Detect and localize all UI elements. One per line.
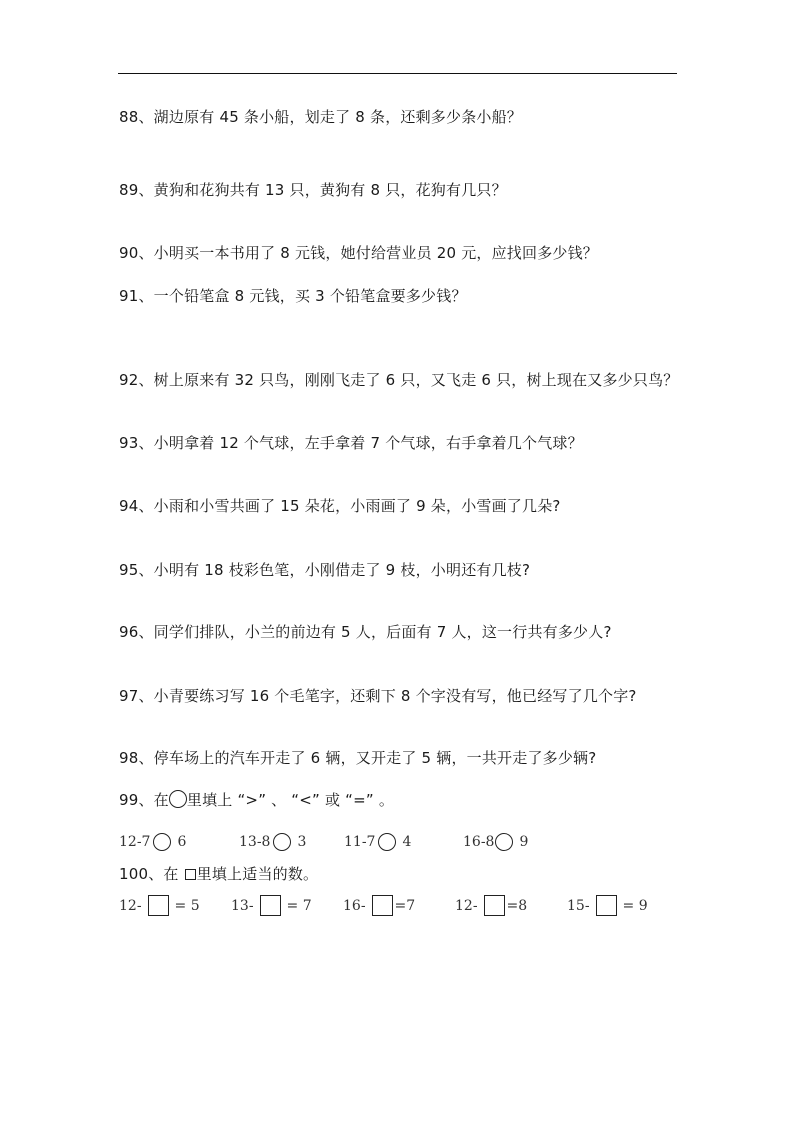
question-93: 93、小明拿着 12 个气球，左手拿着 7 个气球，右手拿着几个气球？ [119, 433, 583, 453]
compare-left: 16-8 [463, 832, 494, 852]
fill-item: 12- = 5 [119, 895, 200, 916]
fill-right: = 9 [623, 896, 648, 916]
compare-left: 11-7 [344, 832, 375, 852]
fill-item: 16- =7 [343, 895, 415, 916]
answer-box[interactable] [260, 895, 281, 916]
fill-right: =8 [507, 896, 528, 916]
question-88: 88、湖边原有 45 条小船，划走了 8 条，还剩多少条小船？ [119, 107, 522, 127]
fill-left: 13- [231, 896, 254, 916]
header-rule [118, 73, 677, 74]
compare-right: 3 [297, 832, 306, 852]
fill-left: 12- [119, 896, 142, 916]
answer-box[interactable] [148, 895, 169, 916]
compare-item: 16-8 9 [463, 832, 528, 852]
compare-item: 13-8 3 [239, 832, 306, 852]
compare-left: 12-7 [119, 832, 150, 852]
question-99-prefix: 99、在 [119, 791, 169, 809]
fill-right: = 5 [175, 896, 200, 916]
fill-left: 16- [343, 896, 366, 916]
compare-item: 11-7 4 [344, 832, 411, 852]
answer-circle[interactable] [495, 833, 513, 851]
question-92: 92、树上原来有 32 只鸟，刚刚飞走了 6 只，又飞走 6 只，树上现在又多少… [119, 370, 678, 390]
answer-circle[interactable] [273, 833, 291, 851]
question-91: 91、一个铅笔盒 8 元钱，买 3 个铅笔盒要多少钱？ [119, 286, 467, 306]
question-100-heading: 100、在里填上适当的数。 [119, 864, 318, 884]
fill-right: = 7 [287, 896, 312, 916]
compare-item: 12-7 6 [119, 832, 186, 852]
compare-left: 13-8 [239, 832, 270, 852]
fill-right: =7 [395, 896, 416, 916]
answer-circle[interactable] [153, 833, 171, 851]
square-icon [185, 869, 196, 880]
question-98: 98、停车场上的汽车开走了 6 辆，又开走了 5 辆，一共开走了多少辆? [119, 748, 596, 768]
fill-item: 13- = 7 [231, 895, 312, 916]
fill-item: 12- =8 [455, 895, 527, 916]
answer-circle[interactable] [378, 833, 396, 851]
compare-right: 4 [402, 832, 411, 852]
question-99-items: 12-7 6 13-8 3 11-7 4 16-8 9 [119, 832, 679, 854]
question-100-items: 12- = 5 13- = 7 16- =7 12- =8 15- = 9 [119, 895, 679, 919]
question-99-suffix: 里填上 “>” 、 “<” 或 “=” 。 [187, 791, 394, 809]
question-94: 94、小雨和小雪共画了 15 朵花，小雨画了 9 朵，小雪画了几朵? [119, 496, 561, 516]
answer-box[interactable] [596, 895, 617, 916]
question-99-heading: 99、在里填上 “>” 、 “<” 或 “=” 。 [119, 790, 394, 810]
answer-box[interactable] [372, 895, 393, 916]
question-97: 97、小青要练习写 16 个毛笔字，还剩下 8 个字没有写，他已经写了几个字? [119, 686, 637, 706]
compare-right: 9 [519, 832, 528, 852]
fill-left: 15- [567, 896, 590, 916]
question-96: 96、同学们排队，小兰的前边有 5 人，后面有 7 人，这一行共有多少人? [119, 622, 612, 642]
question-90: 90、小明买一本书用了 8 元钱，她付给营业员 20 元，应找回多少钱？ [119, 243, 598, 263]
fill-item: 15- = 9 [567, 895, 648, 916]
question-95: 95、小明有 18 枝彩色笔，小刚借走了 9 枝，小明还有几枝? [119, 560, 530, 580]
question-100-prefix: 100、在 [119, 865, 179, 883]
circle-icon [169, 790, 187, 808]
fill-left: 12- [455, 896, 478, 916]
answer-box[interactable] [484, 895, 505, 916]
question-100-suffix: 里填上适当的数。 [197, 865, 319, 883]
compare-right: 6 [177, 832, 186, 852]
question-89: 89、黄狗和花狗共有 13 只，黄狗有 8 只，花狗有几只？ [119, 180, 507, 200]
